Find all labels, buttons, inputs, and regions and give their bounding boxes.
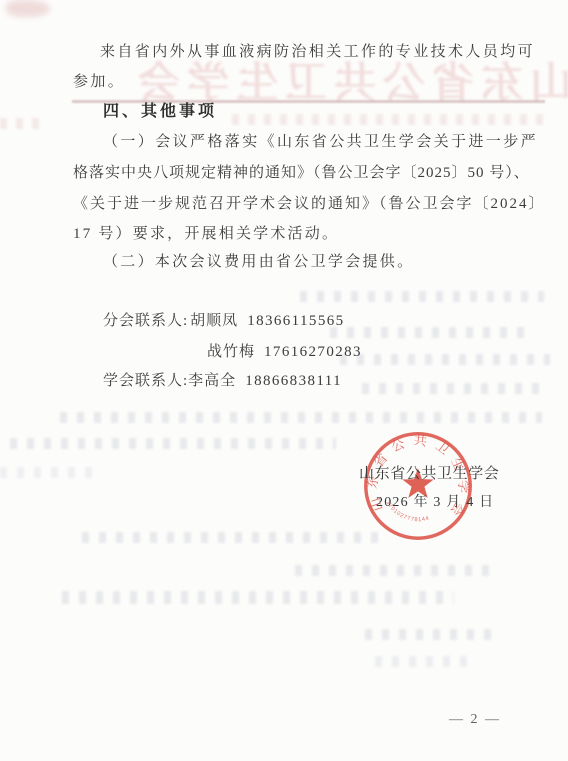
contact-name: 胡顺凤 — [190, 313, 238, 329]
bleedthrough-smudge — [232, 114, 548, 125]
contact-row: 学会联系人:李高全18866838111 — [103, 369, 342, 390]
contact-row: 分会联系人:胡顺凤18366115565 — [103, 309, 345, 330]
body-line: 17 号）要求，开展相关学术活动。 — [73, 222, 339, 243]
body-line: 参加。 — [73, 70, 125, 91]
bleedthrough-smudge — [295, 565, 495, 576]
bleedthrough-smudge — [82, 532, 382, 543]
signature-date: 2026 年 3 月 4 日 — [376, 491, 494, 511]
official-seal: 山东省公共卫生学会 3701027778144 — [360, 428, 476, 544]
bleedthrough-smudge — [300, 291, 544, 302]
bleedthrough-smudge — [340, 354, 550, 365]
body-line: 来自省内外从事血液病防治相关工作的专业技术人员均可 — [100, 40, 535, 61]
contact-label: 学会联系人: — [103, 373, 188, 389]
contact-label: 分会联系人: — [103, 313, 188, 329]
body-line: （一）会议严格落实《山东省公共卫生学会关于进一步严 — [103, 130, 538, 151]
bleedthrough-smudge — [375, 656, 467, 667]
document-page: 山东省公共卫生学会 来自省内外从事血液病防治相关工作的专业技术人员均可 参加。 … — [0, 0, 568, 761]
contact-name: 战竹梅 — [207, 344, 255, 360]
bleedthrough-smudge — [330, 327, 534, 338]
body-line: 格落实中央八项规定精神的通知》（鲁公卫会字〔2025〕50 号）、 — [73, 161, 530, 182]
contact-row: 战竹梅17616270283 — [207, 340, 362, 361]
bleedthrough-smudge — [0, 118, 44, 129]
contact-name: 李高全 — [188, 373, 236, 389]
bleedthrough-smudge — [0, 467, 92, 478]
contact-phone: 18366115565 — [247, 313, 344, 329]
bleedthrough-smudge — [62, 591, 454, 604]
page-number: — 2 — — [449, 712, 501, 728]
section-heading: 四、其他事项 — [103, 98, 217, 121]
bleedthrough-smudge — [362, 383, 548, 394]
contact-phone: 17616270283 — [264, 344, 362, 360]
signature-organization: 山东省公共卫生学会 — [359, 462, 499, 483]
bleedthrough-smudge — [365, 629, 497, 640]
bleedthrough-smudge — [10, 438, 336, 449]
bleedthrough-smudge — [60, 412, 542, 423]
body-line: 《关于进一步规范召开学术会议的通知》（鲁公卫会字〔2024〕 — [73, 192, 546, 213]
scan-corner-smudge — [6, 0, 50, 17]
body-line: （二）本次会议费用由省公卫学会提供。 — [103, 250, 414, 271]
contact-phone: 18866838111 — [245, 373, 342, 389]
